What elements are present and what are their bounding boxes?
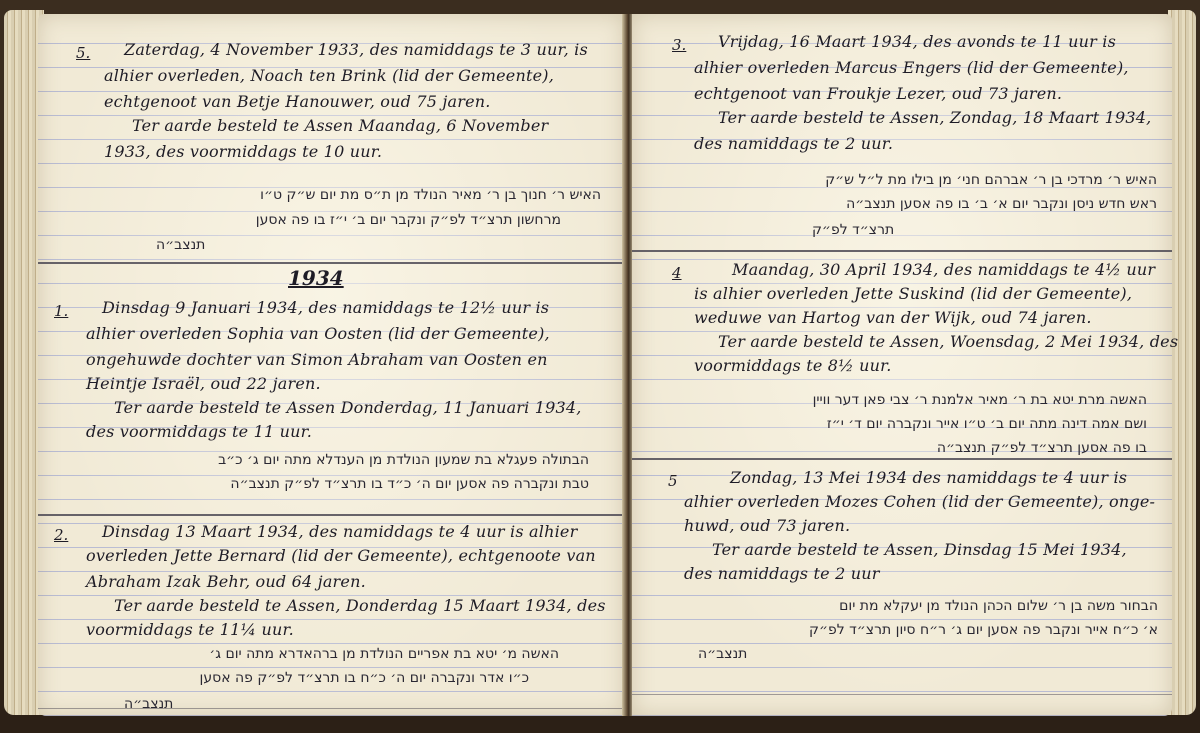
entry-number: 5.: [76, 44, 90, 62]
entry-line: alhier overleden Marcus Engers (lid der …: [694, 58, 1129, 77]
entry-line: Ter aarde besteld te Assen, Zondag, 18 M…: [718, 108, 1151, 127]
entry-line: Vrijdag, 16 Maart 1934, des avonds te 11…: [718, 32, 1116, 51]
entry-line: alhier overleden Mozes Cohen (lid der Ge…: [684, 492, 1155, 511]
entry-1934-3: 3. Vrijdag, 16 Maart 1934, des avonds te…: [672, 28, 1167, 248]
entry-line: voormiddags te 11¼ uur.: [86, 620, 294, 639]
entry-line: Ter aarde besteld te Assen, Dinsdag 15 M…: [712, 540, 1127, 559]
hebrew-line: תרצ״ד לפ״ק: [812, 222, 894, 238]
entry-number: 5: [668, 472, 678, 490]
entry-1934-2: 2. Dinsdag 13 Maart 1934, des namiddags …: [54, 518, 619, 718]
entry-line: echtgenoot van Betje Hanouwer, oud 75 ja…: [104, 92, 491, 111]
entry-divider: [632, 458, 1172, 460]
hebrew-line: תנצב״ה: [698, 646, 747, 662]
entry-line: des namiddags te 2 uur.: [694, 134, 893, 153]
entry-line: Ter aarde besteld te Assen Maandag, 6 No…: [132, 116, 548, 135]
entry-line: 1933, des voormiddags te 10 uur.: [104, 142, 382, 161]
hebrew-line: הבתולה פעגלא בת שמעון הנולדת מן הענדלא מ…: [218, 452, 589, 468]
hebrew-line: האיש ר׳ חנוך בן ר׳ מאיר הנולד מן ת״ס מת …: [260, 187, 601, 203]
year-heading: 1934: [288, 266, 344, 290]
entry-line: ongehuwde dochter van Simon Abraham van …: [86, 350, 548, 369]
hebrew-line: ראש חדש ניסן ונקבר יום א׳ ב׳ בו פה אסען …: [846, 196, 1157, 212]
entry-1934-4: 4 Maandag, 30 April 1934, des namiddags …: [672, 256, 1167, 456]
entry-line: alhier overleden Sophia van Oosten (lid …: [86, 324, 550, 343]
entry-line: Ter aarde besteld te Assen, Woensdag, 2 …: [718, 332, 1178, 351]
entry-1934-5: 5 Zondag, 13 Mei 1934 des namiddags te 4…: [668, 464, 1168, 684]
right-page: 3. Vrijdag, 16 Maart 1934, des avonds te…: [632, 14, 1172, 716]
entry-line: Dinsdag 9 Januari 1934, des namiddags te…: [102, 298, 549, 317]
hebrew-line: א׳ כ״ח אייר ונקבר פה אסען יום ג׳ ר״ח סיו…: [809, 622, 1158, 638]
hebrew-line: האיש ר׳ מרדכי בן ר׳ אברהם חני׳ מן בילו מ…: [825, 172, 1157, 188]
hebrew-line: בו פה אסען תרצ״ד לפ״ק תנצב״ה: [937, 440, 1147, 456]
entry-divider: [38, 262, 624, 264]
entry-divider: [632, 250, 1172, 252]
entry-line: Heintje Israël, oud 22 jaren.: [86, 374, 321, 393]
page-bottom-rule: [38, 708, 624, 709]
entry-line: weduwe van Hartog van der Wijk, oud 74 j…: [694, 308, 1092, 327]
entry-line: Zaterdag, 4 November 1933, des namiddags…: [124, 40, 588, 59]
hebrew-line: ושם אמה דינה מתה יום ב׳ ט״ו אייר ונקברה …: [827, 416, 1147, 432]
entry-line: voormiddags te 8½ uur.: [694, 356, 892, 375]
entry-divider: [38, 514, 624, 516]
left-page: 5. Zaterdag, 4 November 1933, des namidd…: [38, 14, 624, 716]
entry-line: Ter aarde besteld te Assen Donderdag, 11…: [114, 398, 582, 417]
entry-line: Ter aarde besteld te Assen, Donderdag 15…: [114, 596, 606, 615]
entry-line: des voormiddags te 11 uur.: [86, 422, 312, 441]
hebrew-line: טבת ונקברה פה אסען יום ה׳ כ״ד בו תרצ״ד ל…: [230, 476, 589, 492]
entry-1934-1: 1. Dinsdag 9 Januari 1934, des namiddags…: [54, 294, 619, 514]
open-ledger-book: 5. Zaterdag, 4 November 1933, des namidd…: [0, 0, 1200, 733]
entry-line: overleden Jette Bernard (lid der Gemeent…: [86, 546, 596, 565]
right-page-edges: [1168, 10, 1196, 715]
entry-line: Zondag, 13 Mei 1934 des namiddags te 4 u…: [730, 468, 1127, 487]
entry-line: Abraham Izak Behr, oud 64 jaren.: [86, 572, 366, 591]
hebrew-line: תנצב״ה: [156, 237, 205, 253]
hebrew-line: תנצב״ה: [124, 696, 173, 712]
entry-number: 4: [672, 264, 682, 282]
entry-line: echtgenoot van Froukje Lezer, oud 73 jar…: [694, 84, 1062, 103]
entry-number: 1.: [54, 302, 68, 320]
hebrew-line: מרחשון תרצ״ד לפ״ק ונקבר יום ב׳ י״ז בו פה…: [256, 212, 561, 228]
page-bottom-rule: [632, 694, 1172, 695]
entry-line: Dinsdag 13 Maart 1934, des namiddags te …: [102, 522, 577, 541]
hebrew-line: כ״ו אדר ונקברה יום ה׳ כ״ח בו תרצ״ד לפ״ק …: [200, 670, 529, 686]
hebrew-line: האשה מ׳ יטא בת אפריים הנולדת מן ברהאדרא …: [209, 646, 559, 662]
entry-line: Maandag, 30 April 1934, des namiddags te…: [732, 260, 1155, 279]
hebrew-line: הבחור משה בן ר׳ שלום הכהן הנולד מן יעקלא…: [839, 598, 1158, 614]
entry-number: 3.: [672, 36, 686, 54]
entry-number: 2.: [54, 526, 68, 544]
entry-line: alhier overleden, Noach ten Brink (lid d…: [104, 66, 554, 85]
hebrew-line: האשה מרת יטא בת ר׳ מאיר אלמנת ר׳ צבי פאן…: [813, 392, 1147, 408]
entry-line: is alhier overleden Jette Suskind (lid d…: [694, 284, 1132, 303]
entry-line: des namiddags te 2 uur: [684, 564, 880, 583]
entry-1933-5: 5. Zaterdag, 4 November 1933, des namidd…: [76, 32, 621, 272]
entry-line: huwd, oud 73 jaren.: [684, 516, 850, 535]
